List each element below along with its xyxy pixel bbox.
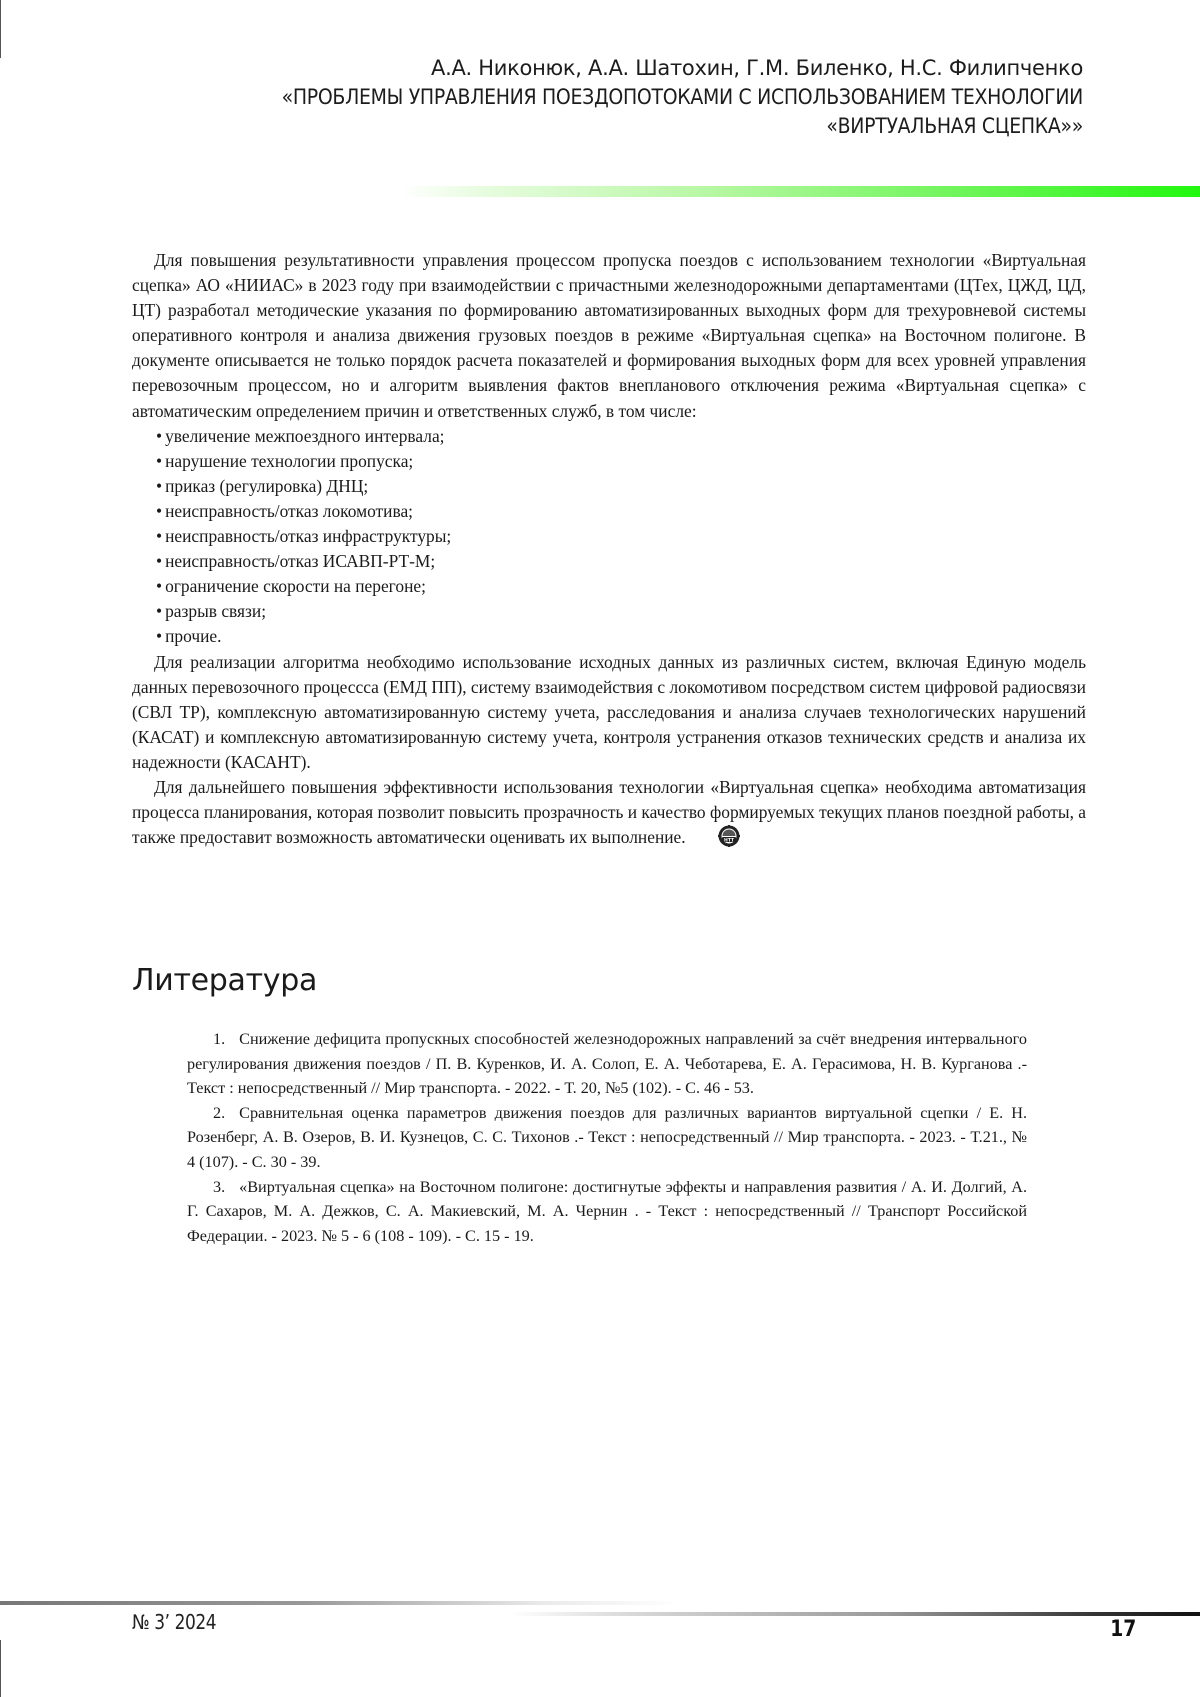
reference-number: 3. <box>213 1178 225 1196</box>
list-item: нарушение технологии пропуска; <box>156 449 1086 474</box>
reference-list: 1.Снижение дефицита пропускных способнос… <box>187 1027 1027 1248</box>
causes-list: увеличение межпоездного интервала; наруш… <box>132 424 1086 650</box>
issue-number: № 3’ 2024 <box>132 1610 216 1634</box>
list-item: неисправность/отказ инфраструктуры; <box>156 524 1086 549</box>
paragraph-3: Для дальнейшего повышения эффективности … <box>132 775 1086 850</box>
paragraph-1: Для повышения результативности управлени… <box>132 248 1086 424</box>
list-item: приказ (регулировка) ДНЦ; <box>156 474 1086 499</box>
list-item: разрыв связи; <box>156 599 1086 624</box>
header-title-line-2: «ВИРТУАЛЬНАЯ СЦЕПКА»» <box>282 112 1083 141</box>
svg-text:НТТ: НТТ <box>724 837 735 843</box>
reference-item: 3.«Виртуальная сцепка» на Восточном поли… <box>187 1175 1027 1249</box>
header-title-line-1: «ПРОБЛЕМЫ УПРАВЛЕНИЯ ПОЕЗДОПОТОКАМИ С ИС… <box>282 83 1083 112</box>
literature-heading: Литература <box>132 963 317 998</box>
reference-text: «Виртуальная сцепка» на Восточном полиго… <box>187 1178 1027 1245</box>
crop-mark <box>0 1640 1 1697</box>
list-item: неисправность/отказ ИСАВП-РТ-М; <box>156 549 1086 574</box>
article-body: Для повышения результативности управлени… <box>132 248 1086 850</box>
page-number: 17 <box>1110 1617 1136 1642</box>
reference-number: 2. <box>213 1104 225 1122</box>
list-item: неисправность/отказ локомотива; <box>156 499 1086 524</box>
paragraph-2: Для реализации алгоритма необходимо испо… <box>132 650 1086 775</box>
ntt-emblem-icon: НТТ <box>718 825 740 847</box>
list-item: прочие. <box>156 624 1086 649</box>
reference-item: 2.Сравнительная оценка параметров движен… <box>187 1101 1027 1175</box>
reference-item: 1.Снижение дефицита пропускных способнос… <box>187 1027 1027 1101</box>
list-item: ограничение скорости на перегоне; <box>156 574 1086 599</box>
crop-mark <box>0 0 1 58</box>
header-accent-bar <box>400 186 1200 197</box>
header-authors: А.А. Никонюк, А.А. Шатохин, Г.М. Биленко… <box>282 54 1083 83</box>
list-item: увеличение межпоездного интервала; <box>156 424 1086 449</box>
reference-text: Снижение дефицита пропускных способносте… <box>187 1030 1027 1097</box>
reference-number: 1. <box>213 1030 225 1048</box>
paragraph-3-text: Для дальнейшего повышения эффективности … <box>132 777 1086 847</box>
footer-rule-left <box>0 1601 680 1605</box>
running-header: А.А. Никонюк, А.А. Шатохин, Г.М. Биленко… <box>282 54 1083 141</box>
reference-text: Сравнительная оценка параметров движения… <box>187 1104 1027 1171</box>
footer-rule-right <box>510 1612 1200 1616</box>
